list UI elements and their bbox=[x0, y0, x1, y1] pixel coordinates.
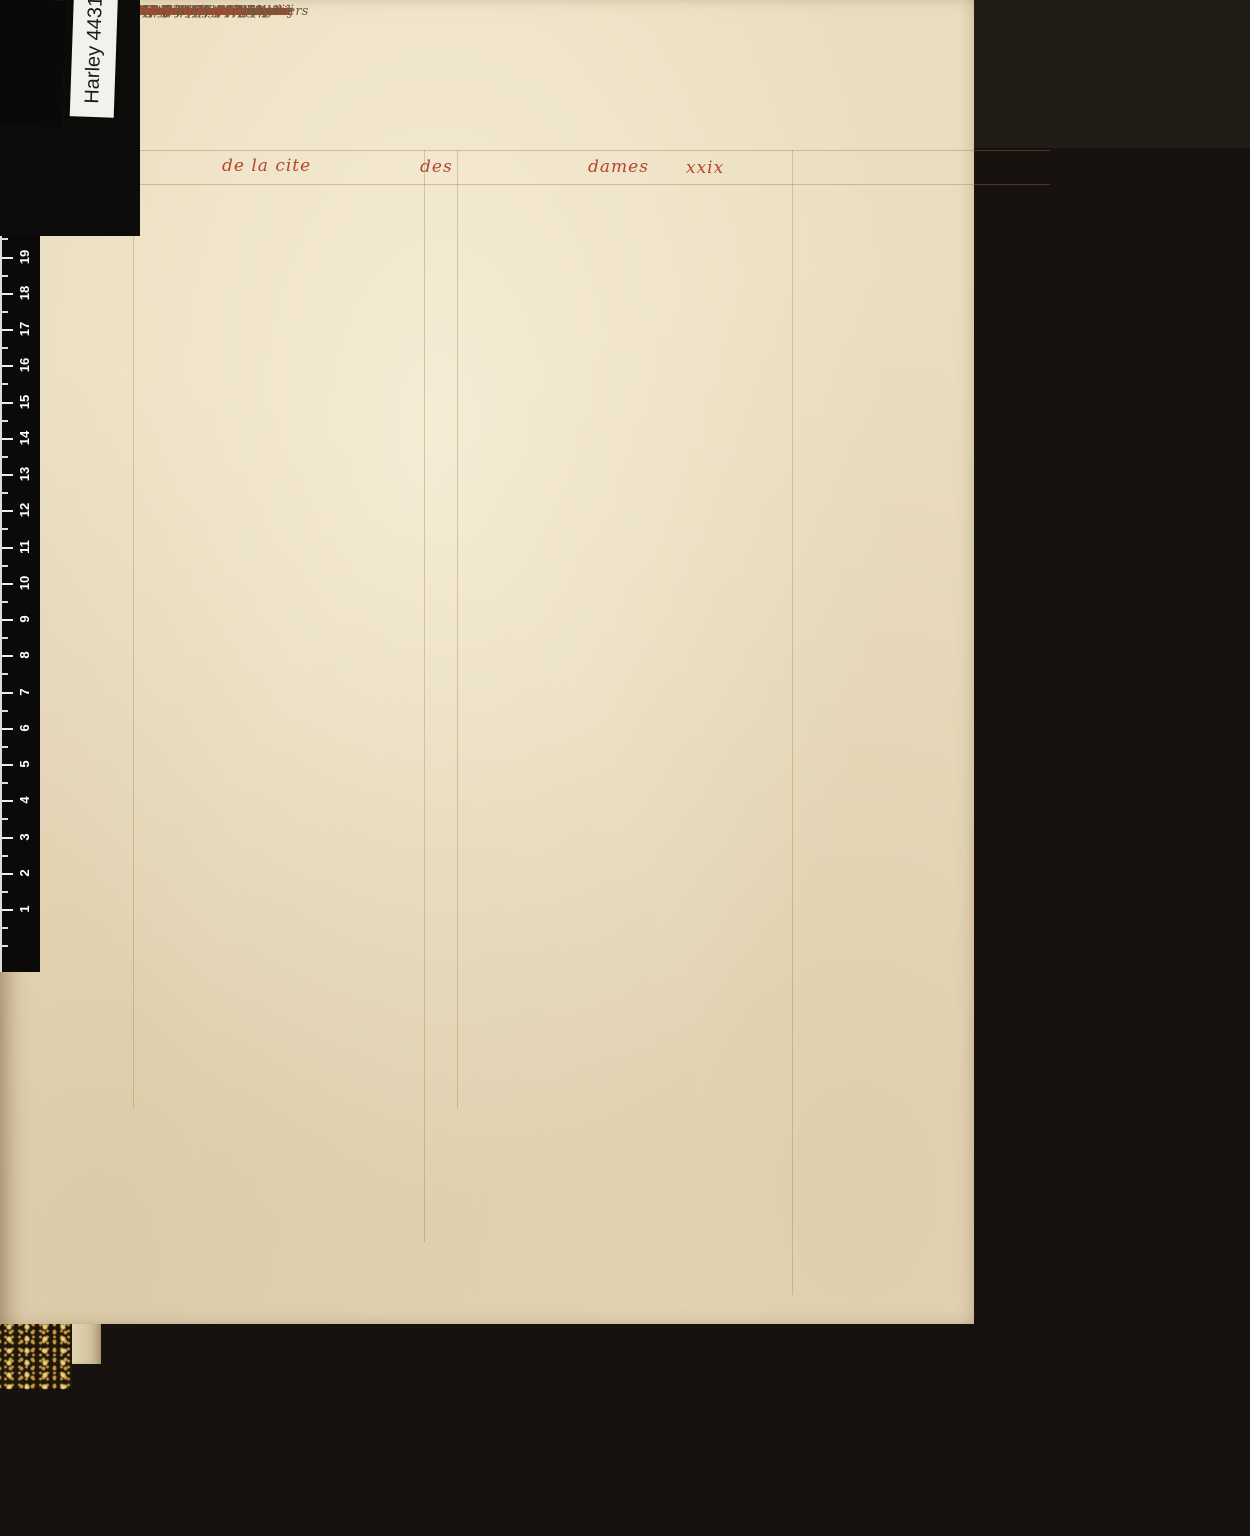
cradle-strap-bottom bbox=[0, 0, 66, 127]
manuscript-page-339r bbox=[0, 0, 974, 1324]
column-rule-mid-right bbox=[457, 150, 458, 1108]
running-header-dames: dames bbox=[588, 157, 649, 177]
ruler-tick bbox=[2, 782, 8, 784]
ruler-number: 5 bbox=[18, 754, 32, 774]
ruler-number: 3 bbox=[18, 827, 32, 847]
column-rule-mid-left bbox=[424, 150, 425, 1242]
running-header-des: des bbox=[420, 157, 453, 177]
ruler-number: 2 bbox=[18, 863, 32, 883]
ruler-tick bbox=[2, 945, 8, 947]
ruler-tick bbox=[2, 855, 8, 857]
ruler-tick bbox=[2, 818, 8, 820]
header-ruling-line-top bbox=[128, 150, 1050, 151]
ruler-number: 4 bbox=[18, 790, 32, 810]
manuscript-photograph: NUUUW E11 22 ront la fu gardede ses pere… bbox=[0, 0, 1250, 1536]
shelfmark-label: Harley 4431 Vol. 2 bbox=[70, 0, 121, 118]
ruler-tick bbox=[2, 891, 8, 893]
ruler-tick bbox=[2, 764, 13, 766]
column-rule-right bbox=[792, 150, 793, 1295]
ruler-tick bbox=[2, 927, 8, 929]
running-header-de-la-cite: de la cite bbox=[222, 156, 311, 176]
header-ruling-line-bottom bbox=[128, 184, 1050, 185]
running-header-chapter-numeral: xxix bbox=[686, 158, 724, 178]
ruler-tick bbox=[2, 728, 13, 730]
ruler-number: 1 bbox=[18, 899, 32, 919]
ruler-tick bbox=[2, 800, 13, 802]
ruler-tick bbox=[2, 746, 8, 748]
ruler-tick bbox=[2, 873, 13, 875]
column-rule-left bbox=[133, 150, 134, 1108]
ruler-tick bbox=[2, 909, 13, 911]
ruler-number: 6 bbox=[18, 718, 32, 738]
ruler-tick bbox=[2, 837, 13, 839]
